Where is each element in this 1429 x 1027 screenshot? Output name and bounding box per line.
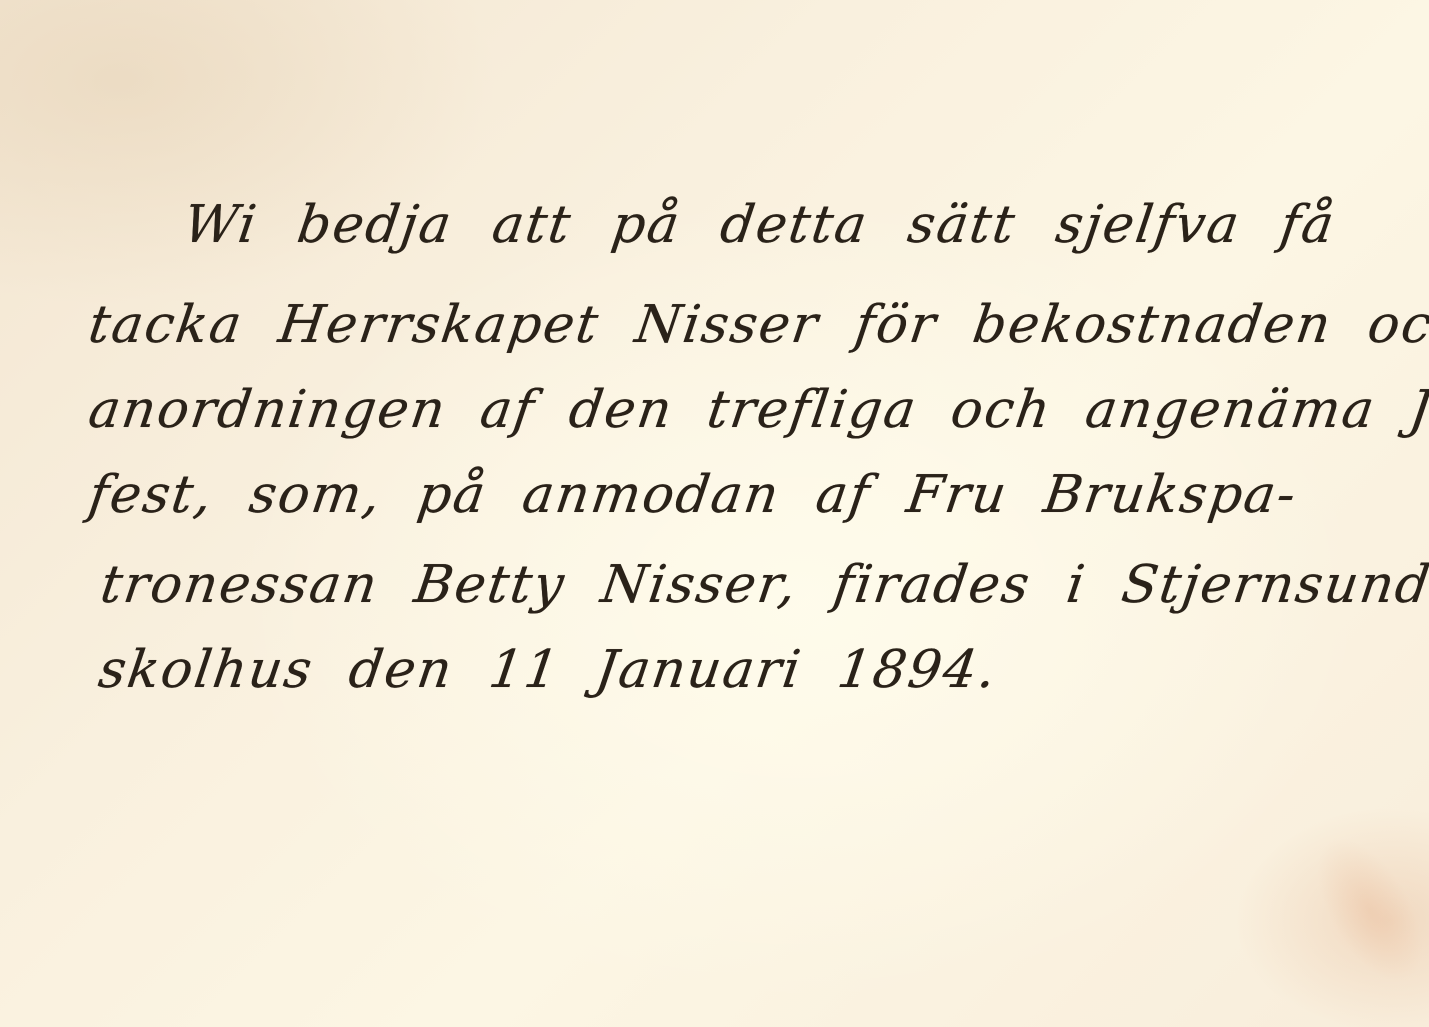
- text-line-3: anordningen af den trefliga och angenäma…: [85, 380, 1429, 440]
- text-line-4: fest, som, på anmodan af Fru Brukspa-: [85, 465, 1301, 525]
- letter-page: Wi bedja att på detta sätt sjelfva få ta…: [0, 0, 1429, 1027]
- text-line-6: skolhus den 11 Januari 1894.: [95, 640, 1001, 700]
- text-line-2: tacka Herrskapet Nisser för bekostnaden …: [85, 295, 1429, 355]
- text-line-5: tronessan Betty Nisser, firades i Stjern…: [97, 555, 1429, 615]
- paper-stain: [1295, 821, 1429, 1000]
- text-line-1: Wi bedja att på detta sätt sjelfva få: [180, 195, 1339, 255]
